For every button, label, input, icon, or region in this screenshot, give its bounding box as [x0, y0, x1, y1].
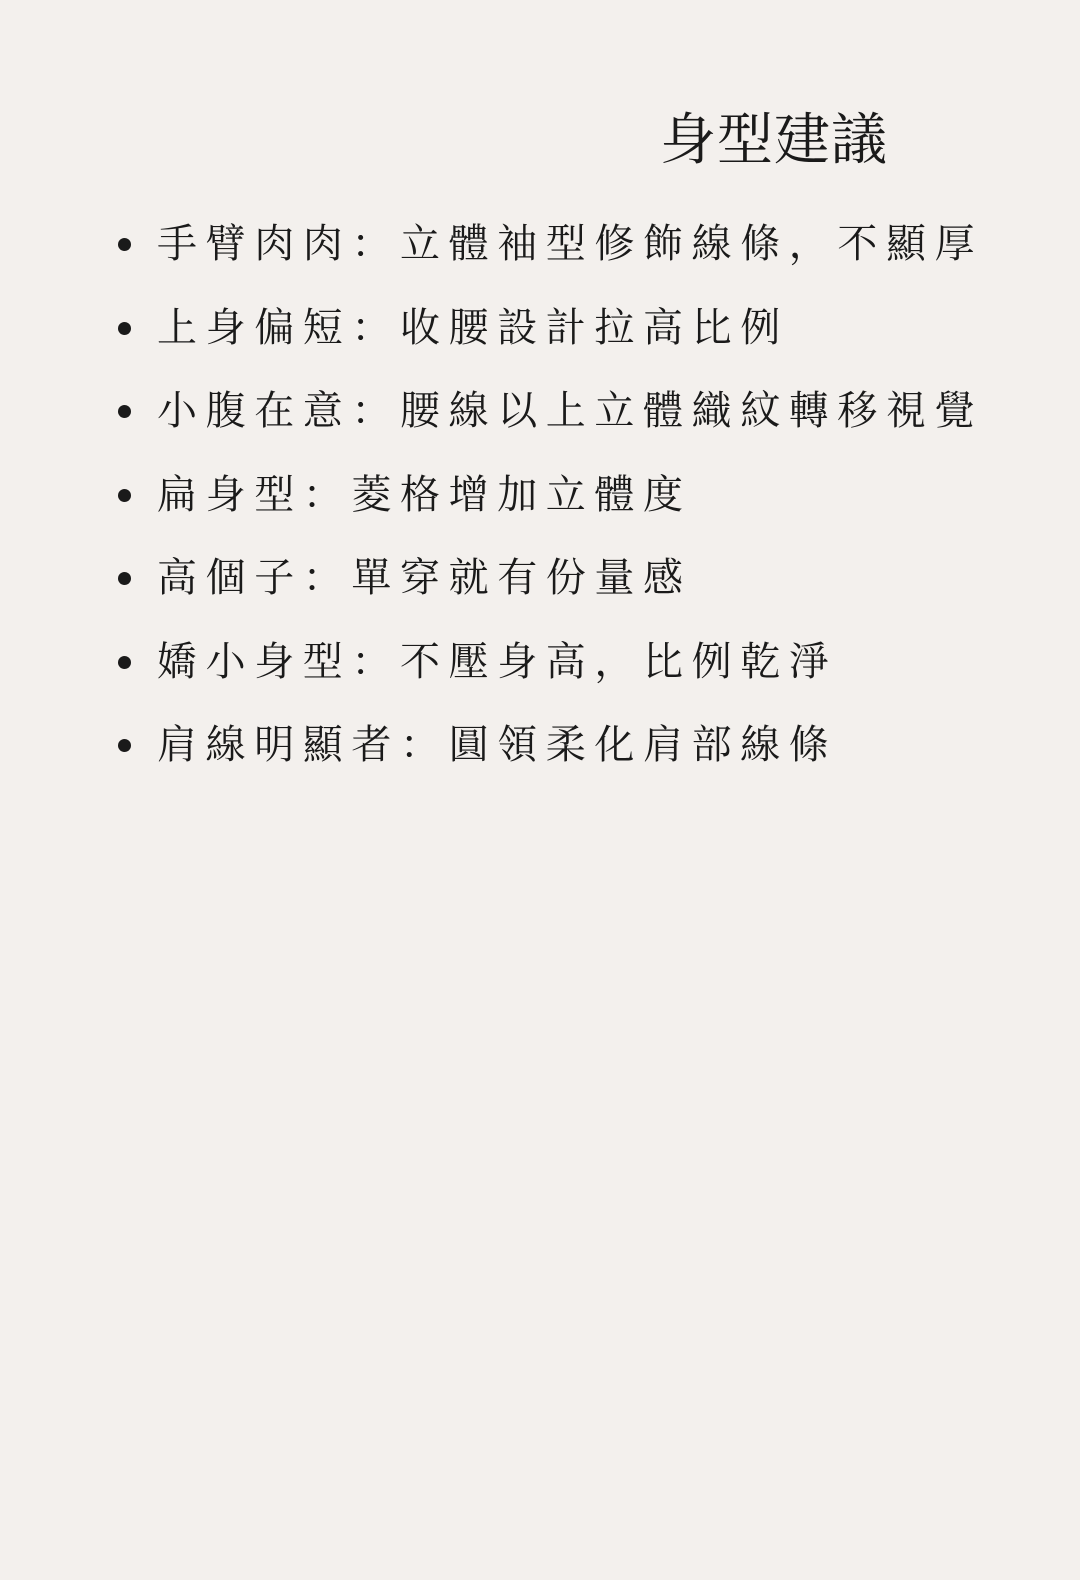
- tip-text: 扁身型：菱格增加立體度: [157, 465, 692, 525]
- page-title: 身型建議: [660, 108, 888, 174]
- bullet-icon: [118, 405, 131, 418]
- tip-text: 上身偏短：收腰設計拉高比例: [157, 298, 789, 358]
- tip-text: 高個子：單穿就有份量感: [157, 548, 692, 608]
- list-item: 小腹在意：腰線以上立體織紋轉移視覺: [118, 381, 983, 465]
- list-item: 扁身型：菱格增加立體度: [118, 465, 983, 549]
- tip-text: 嬌小身型：不壓身高，比例乾淨: [157, 632, 837, 692]
- list-item: 高個子：單穿就有份量感: [118, 548, 983, 632]
- bullet-icon: [118, 489, 131, 502]
- list-item: 嬌小身型：不壓身高，比例乾淨: [118, 632, 983, 716]
- body-type-tips-list: 手臂肉肉：立體袖型修飾線條，不顯厚 上身偏短：收腰設計拉高比例 小腹在意：腰線以…: [118, 214, 983, 799]
- list-item: 手臂肉肉：立體袖型修飾線條，不顯厚: [118, 214, 983, 298]
- list-item: 肩線明顯者：圓領柔化肩部線條: [118, 715, 983, 799]
- page: 身型建議 手臂肉肉：立體袖型修飾線條，不顯厚 上身偏短：收腰設計拉高比例 小腹在…: [0, 0, 1080, 1580]
- bullet-icon: [118, 238, 131, 251]
- bullet-icon: [118, 572, 131, 585]
- bullet-icon: [118, 656, 131, 669]
- list-item: 上身偏短：收腰設計拉高比例: [118, 298, 983, 382]
- tip-text: 手臂肉肉：立體袖型修飾線條，不顯厚: [157, 214, 983, 274]
- bullet-icon: [118, 739, 131, 752]
- tip-text: 小腹在意：腰線以上立體織紋轉移視覺: [157, 381, 983, 441]
- bullet-icon: [118, 322, 131, 335]
- tip-text: 肩線明顯者：圓領柔化肩部線條: [157, 715, 837, 775]
